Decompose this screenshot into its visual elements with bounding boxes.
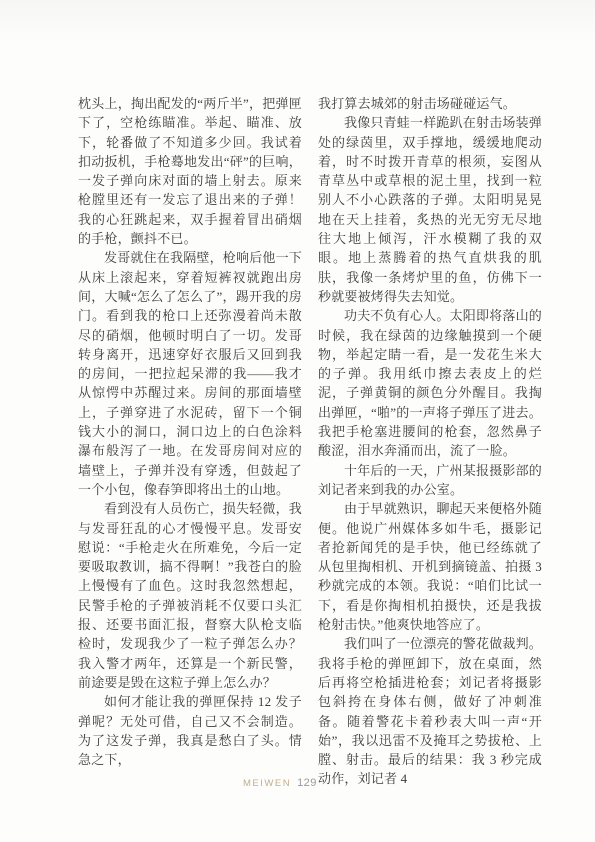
paragraph-right-5: 由于早就熟识，聊起天来便格外随便。他说广州媒体多如牛毛，摄影记者抢新闻凭的是手快… xyxy=(318,499,542,634)
text-column-left: 枕头上，掏出配发的“两斤半”，把弹匣下了，空枪练瞄准。举起、瞄准、放下，轮番做了… xyxy=(78,94,302,789)
page-number: 129 xyxy=(297,777,317,789)
text-column-right: 我打算去城郊的射击场碰碰运气。 我像只青蛙一样跪趴在射击场装弹处的绿茵里，双手撑… xyxy=(318,94,542,789)
magazine-page: 枕头上，掏出配发的“两斤半”，把弹匣下了，空枪练瞄准。举起、瞄准、放下，轮番做了… xyxy=(0,0,595,842)
paragraph-left-1: 枕头上，掏出配发的“两斤半”，把弹匣下了，空枪练瞄准。举起、瞄准、放下，轮番做了… xyxy=(78,94,302,248)
page-body: 枕头上，掏出配发的“两斤半”，把弹匣下了，空枪练瞄准。举起、瞄准、放下，轮番做了… xyxy=(78,94,542,789)
paragraph-left-4: 如何才能让我的弹匣保持 12 发子弹呢？无处可借，自己又不会制造。为了这发子弹，… xyxy=(78,692,302,769)
paragraph-left-3: 看到没有人员伤亡，损失轻微，我与发哥狂乱的心才慢慢平息。发哥安慰说：“手枪走火在… xyxy=(78,499,302,692)
magazine-name: MEIWEN xyxy=(243,778,291,789)
paragraph-right-6: 我们叫了一位漂亮的警花做裁判。我将手枪的弹匣卸下，放在桌面，然后再将空枪插进枪套… xyxy=(318,634,542,788)
paragraph-right-2: 我像只青蛙一样跪趴在射击场装弹处的绿茵里，双手撑地，缓缓地爬动着，时不时拨开青草… xyxy=(318,113,542,306)
page-footer: MEIWEN 129 xyxy=(243,777,317,789)
paragraph-right-1: 我打算去城郊的射击场碰碰运气。 xyxy=(318,94,542,113)
paragraph-right-4: 十年后的一天，广州某报摄影部的刘记者来到我的办公室。 xyxy=(318,461,542,500)
paragraph-right-3: 功夫不负有心人。太阳即将落山的时候，我在绿茵的边缘触摸到一个硬物，举起定睛一看，… xyxy=(318,306,542,460)
paragraph-left-2: 发哥就住在我隔壁，枪响后他一下从床上滚起来，穿着短裤衩就跑出房间，大喊“怎么了怎… xyxy=(78,248,302,499)
